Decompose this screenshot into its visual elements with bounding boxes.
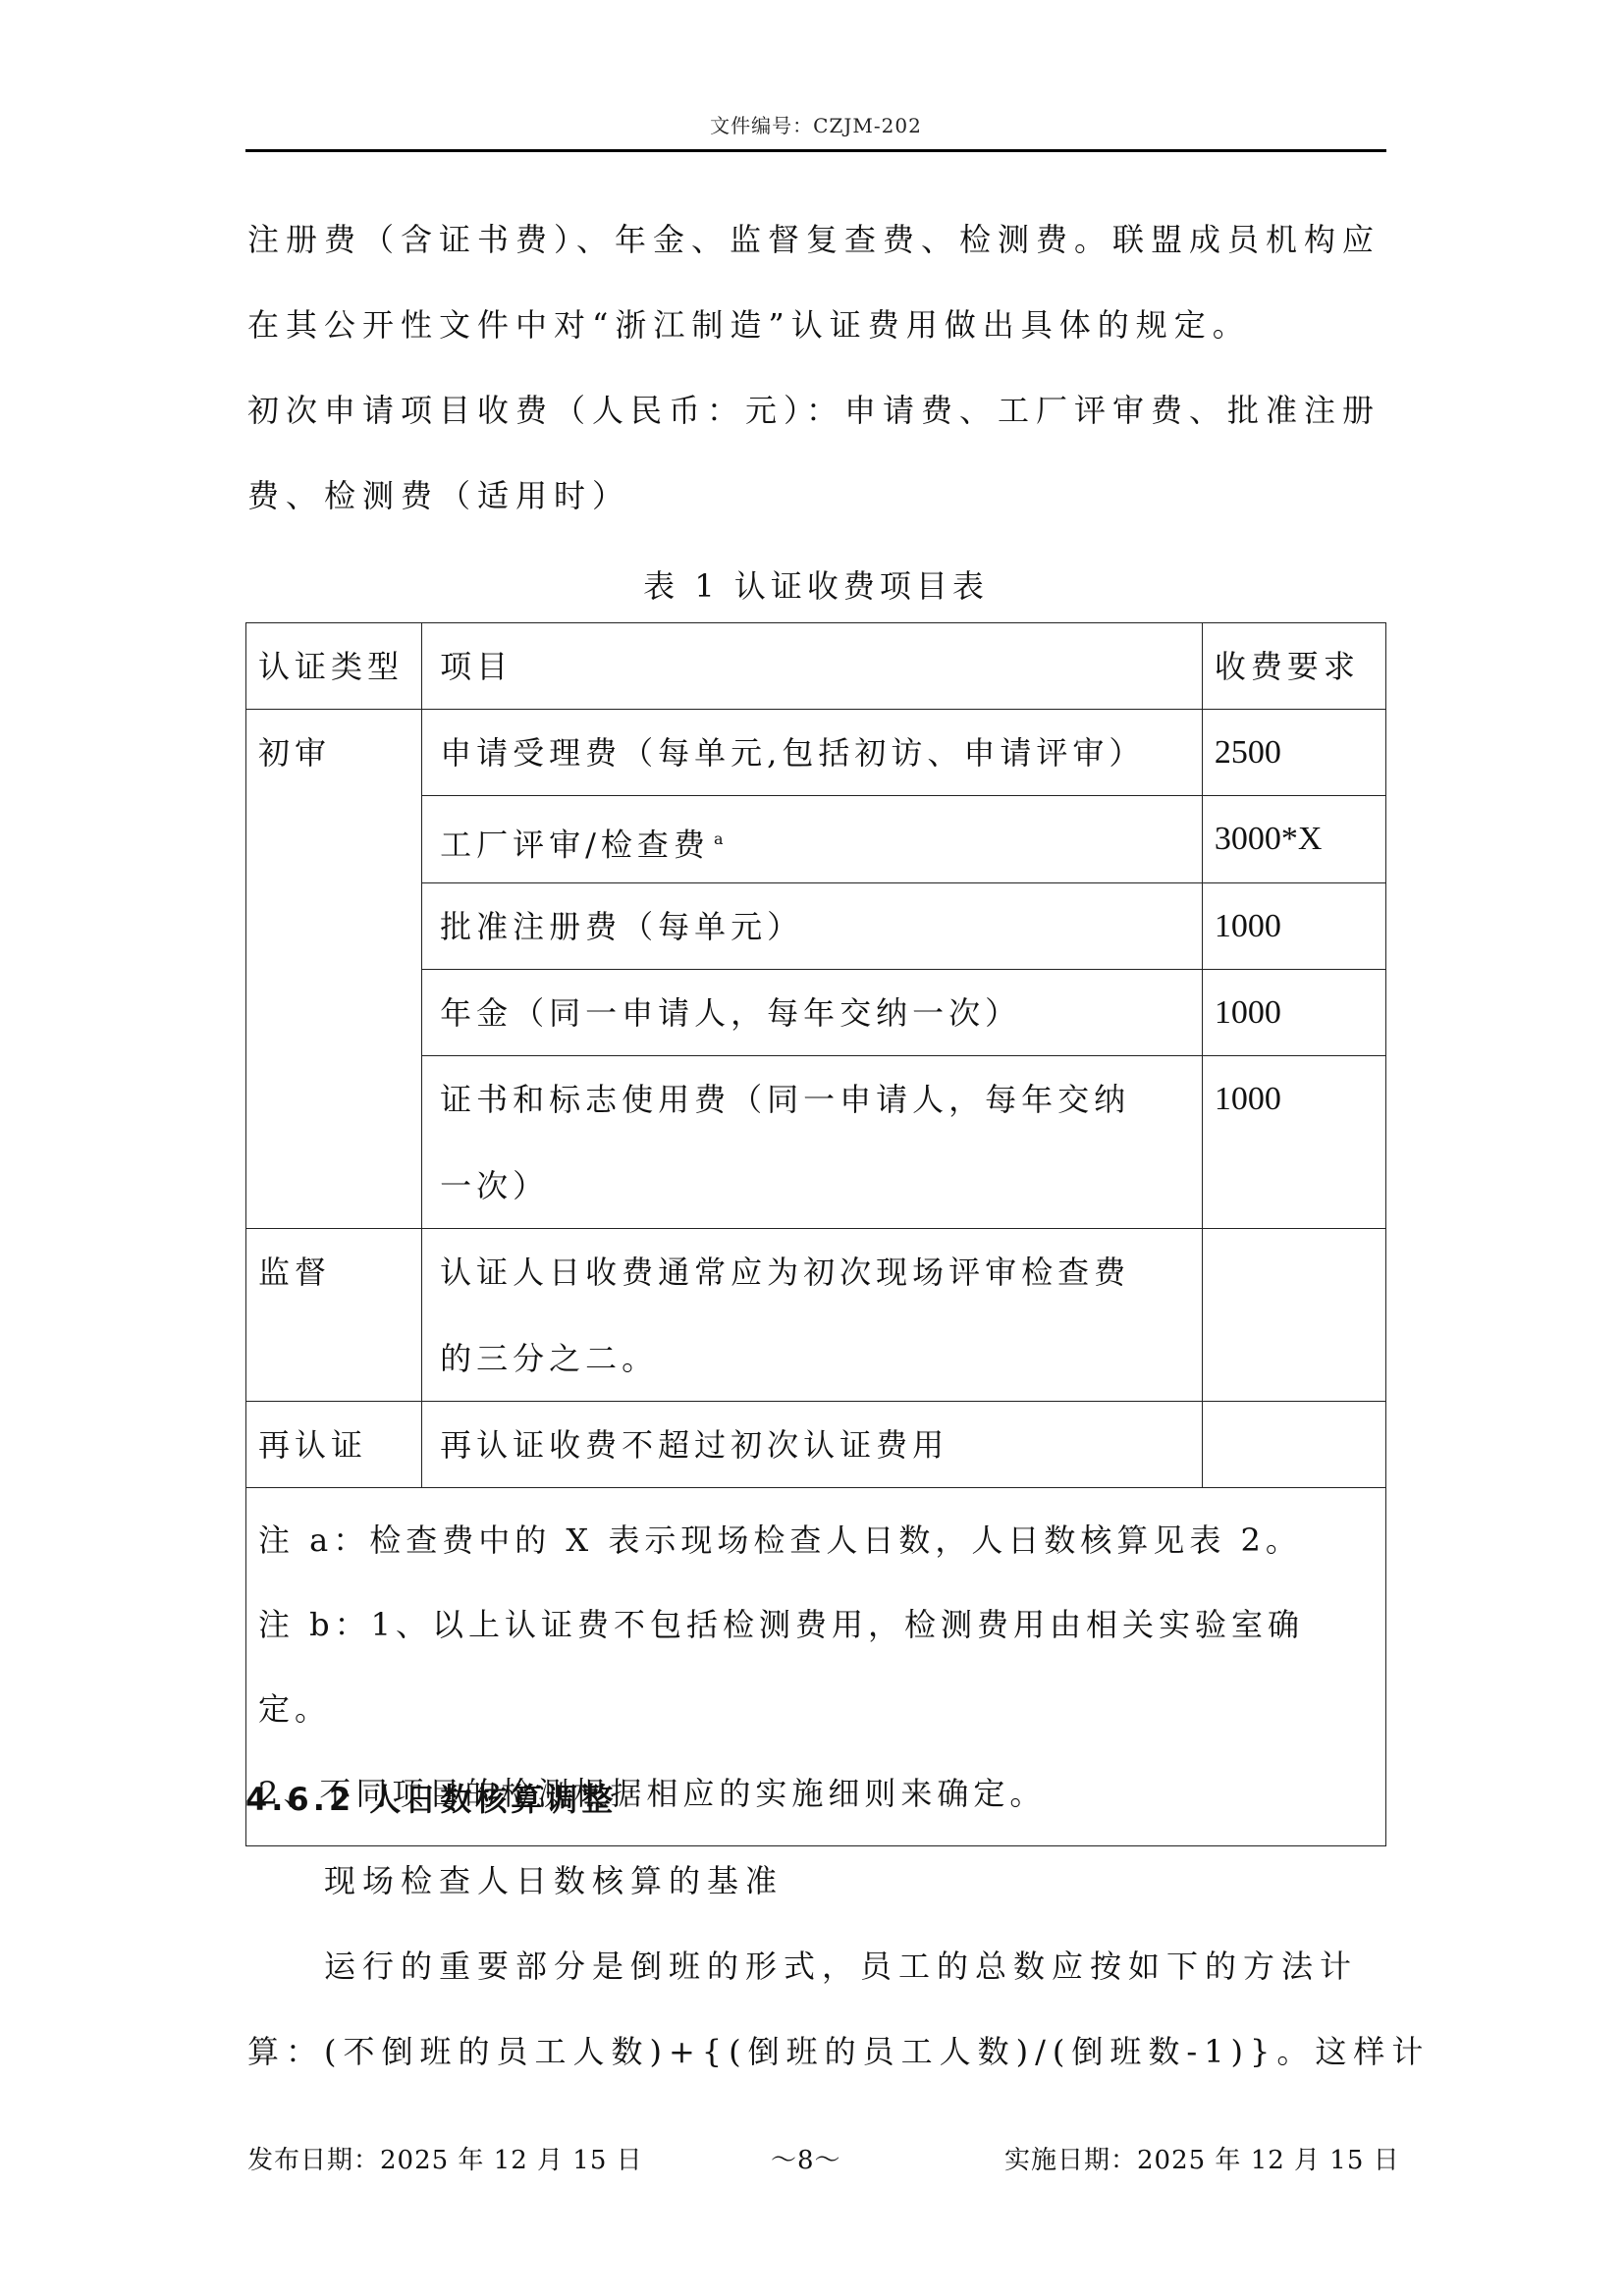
- item-cell: 年金（同一申请人，每年交纳一次）: [422, 969, 1203, 1055]
- fee-cell: 3000*X: [1202, 796, 1385, 883]
- section-body-line-1: 运行的重要部分是倒班的形式，员工的总数应按如下的方法计: [324, 1945, 1463, 1988]
- intro-paragraph-2-line-2: 费、检测费（适用时）: [247, 474, 1386, 517]
- note-a: 注 a：检查费中的 X 表示现场检查人日数，人日数核算见表 2。: [258, 1498, 1374, 1582]
- fee-cell: [1202, 1228, 1385, 1401]
- fee-cell: 1000: [1202, 882, 1385, 969]
- table-row: 监督 认证人日收费通常应为初次现场评审检查费 的三分之二。: [246, 1228, 1386, 1401]
- item-line: 认证人日收费通常应为初次现场评审检查费: [440, 1245, 1192, 1300]
- intro-paragraph-1-line-2: 在其公开性文件中对“浙江制造”认证费用做出具体的规定。: [247, 303, 1386, 347]
- table-row: 再认证 再认证收费不超过初次认证费用: [246, 1401, 1386, 1487]
- fee-table: 认证类型 项目 收费要求 初审 申请受理费（每单元,包括初访、申请评审） 250…: [245, 622, 1386, 1846]
- intro-paragraph-2-line-1: 初次申请项目收费（人民币：元）：申请费、工厂评审费、批准注册: [247, 389, 1386, 432]
- item-cell: 工厂评审/检查费a: [422, 796, 1203, 883]
- table-header-row: 认证类型 项目 收费要求: [246, 623, 1386, 710]
- page-number: ～8～: [771, 2140, 841, 2176]
- item-cell: 申请受理费（每单元,包括初访、申请评审）: [422, 710, 1203, 796]
- item-line: 一次）: [440, 1158, 1192, 1213]
- footnote-marker: a: [714, 829, 729, 848]
- fee-cell: 1000: [1202, 1055, 1385, 1228]
- item-cell: 再认证收费不超过初次认证费用: [422, 1401, 1203, 1487]
- cert-type-initial: 初审: [246, 710, 422, 1229]
- cert-type-surveillance: 监督: [246, 1228, 422, 1401]
- note-b-1: 注 b：1、以上认证费不包括检测费用，检测费用由相关实验室确定。: [258, 1582, 1374, 1751]
- publish-date: 发布日期：2025 年 12 月 15 日: [247, 2140, 643, 2176]
- header-cert-type: 认证类型: [246, 623, 422, 710]
- header-fee: 收费要求: [1202, 623, 1385, 710]
- header-item: 项目: [422, 623, 1203, 710]
- item-cell: 认证人日收费通常应为初次现场评审检查费 的三分之二。: [422, 1228, 1203, 1401]
- item-line: 证书和标志使用费（同一申请人，每年交纳: [440, 1072, 1192, 1127]
- section-body-line-2: 算：(不倒班的员工人数)+{(倒班的员工人数)/(倒班数-1)}。这样计: [247, 2030, 1386, 2073]
- cert-type-recertification: 再认证: [246, 1401, 422, 1487]
- item-line: 的三分之二。: [440, 1331, 1192, 1386]
- effective-date: 实施日期：2025 年 12 月 15 日: [1004, 2140, 1400, 2176]
- fee-cell: 1000: [1202, 969, 1385, 1055]
- fee-cell: 2500: [1202, 710, 1385, 796]
- item-text: 工厂评审/检查费: [440, 827, 710, 864]
- header-divider: [245, 149, 1386, 152]
- document-number: 文件编号：CZJM-202: [245, 110, 1386, 138]
- item-cell: 证书和标志使用费（同一申请人，每年交纳 一次）: [422, 1055, 1203, 1228]
- table-title: 表 1 认证收费项目表: [245, 561, 1386, 607]
- intro-paragraph-1-line-1: 注册费（含证书费）、年金、监督复查费、检测费。联盟成员机构应: [247, 218, 1386, 261]
- item-cell: 批准注册费（每单元）: [422, 882, 1203, 969]
- section-subheading: 现场检查人日数核算的基准: [324, 1859, 1463, 1902]
- table-row: 初审 申请受理费（每单元,包括初访、申请评审） 2500: [246, 710, 1386, 796]
- section-heading: 4.6.2 人日数核算调整: [245, 1775, 617, 1820]
- fee-cell: [1202, 1401, 1385, 1487]
